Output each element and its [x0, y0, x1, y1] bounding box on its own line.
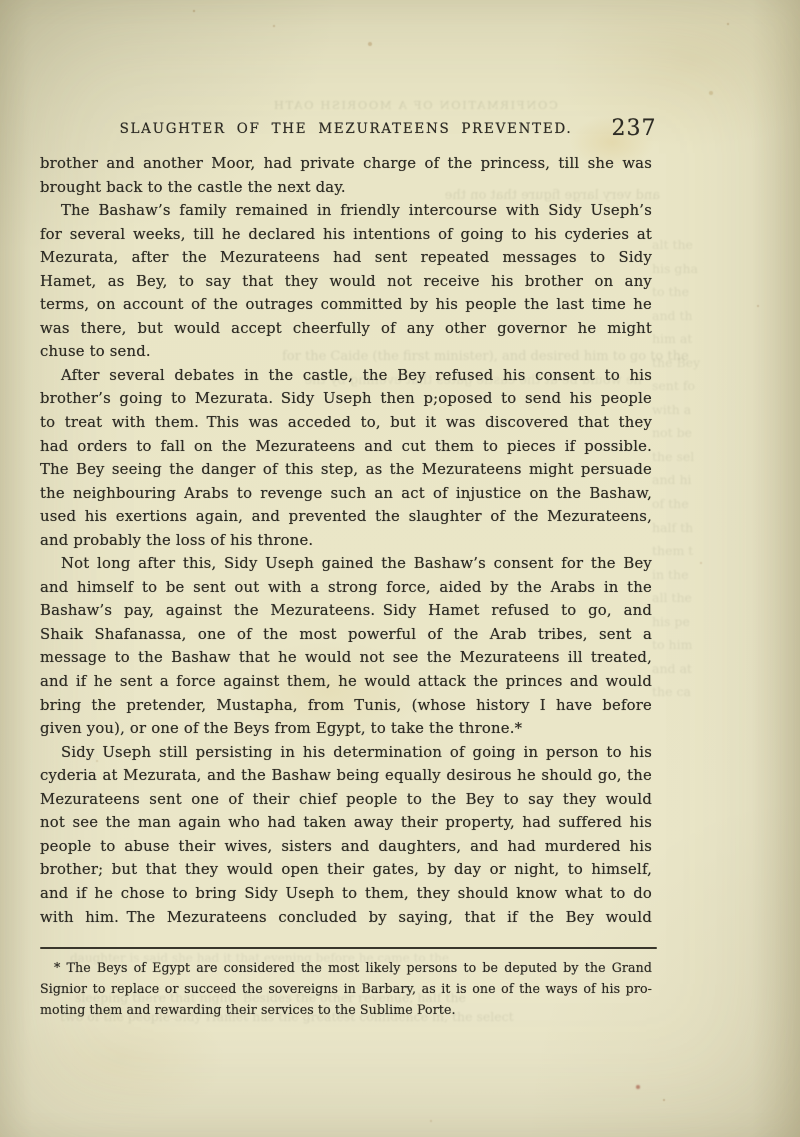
body-line: Mezurateens sent one of their chief peop… [40, 788, 652, 812]
show-through-margin-column: alt the his gha to the and th him at the… [652, 233, 782, 704]
body-line: had orders to fall on the Mezurateens an… [40, 435, 652, 459]
running-header: SLAUGHTER OF THE MEZURATEENS PREVENTED. [40, 121, 652, 137]
show-through-header: CONFIRMATION OF A MOORISH OATH [250, 98, 580, 112]
body-line: cyderia at Mezurata, and the Bashaw bein… [40, 764, 652, 788]
body-line: terms, on account of the outrages commit… [40, 293, 652, 317]
footnote-line: moting them and rewarding their services… [40, 999, 652, 1020]
paper-specks [0, 0, 2, 2]
body-line: and if he sent a force against them, he … [40, 670, 652, 694]
body-line: Hamet, as Bey, to say that they would no… [40, 270, 652, 294]
body-line: Not long after this, Sidy Useph gained t… [40, 552, 652, 576]
body-line: message to the Bashaw that he would not … [40, 646, 652, 670]
footnote-line: * The Beys of Egypt are considered the m… [40, 957, 652, 978]
body-line: chuse to send. [40, 340, 652, 364]
body-line: to treat with them. This was acceded to,… [40, 411, 652, 435]
body-text: brother and another Moor, had private ch… [40, 152, 652, 929]
body-line: The Bashaw’s family remained in friendly… [40, 199, 652, 223]
body-line: brought back to the castle the next day. [40, 176, 652, 200]
body-line: bring the pretender, Mustapha, from Tuni… [40, 694, 652, 718]
body-line: with him. The Mezurateens concluded by s… [40, 906, 652, 930]
body-line: was there, but would accept cheerfully o… [40, 317, 652, 341]
body-line: brother and another Moor, had private ch… [40, 152, 652, 176]
book-page: CONFIRMATION OF A MOORISH OATH and very … [0, 0, 800, 1137]
footnote-line: Signior to replace or succeed the sovere… [40, 978, 652, 999]
footnote: * The Beys of Egypt are considered the m… [40, 957, 652, 1020]
body-line: given you), or one of the Beys from Egyp… [40, 717, 652, 741]
body-line: Mezurata, after the Mezurateens had sent… [40, 246, 652, 270]
body-line: Sidy Useph still persisting in his deter… [40, 741, 652, 765]
body-line: The Bey seeing the danger of this step, … [40, 458, 652, 482]
body-line: and probably the loss of his throne. [40, 529, 652, 553]
footnote-rule [40, 947, 657, 949]
body-line: and if he chose to bring Sidy Useph to t… [40, 882, 652, 906]
body-line: brother; but that they would open their … [40, 858, 652, 882]
body-line: brother’s going to Mezurata. Sidy Useph … [40, 387, 652, 411]
body-line: used his exertions again, and prevented … [40, 505, 652, 529]
body-line: Bashaw’s pay, against the Mezurateens. S… [40, 599, 652, 623]
body-line: the neighbouring Arabs to revenge such a… [40, 482, 652, 506]
body-line: people to abuse their wives, sisters and… [40, 835, 652, 859]
body-line: not see the man again who had taken away… [40, 811, 652, 835]
page-number: 237 [604, 116, 664, 141]
body-line: and himself to be sent out with a strong… [40, 576, 652, 600]
body-line: After several debates in the castle, the… [40, 364, 652, 388]
body-line: Shaik Shafanassa, one of the most powerf… [40, 623, 652, 647]
body-line: for several weeks, till he declared his … [40, 223, 652, 247]
